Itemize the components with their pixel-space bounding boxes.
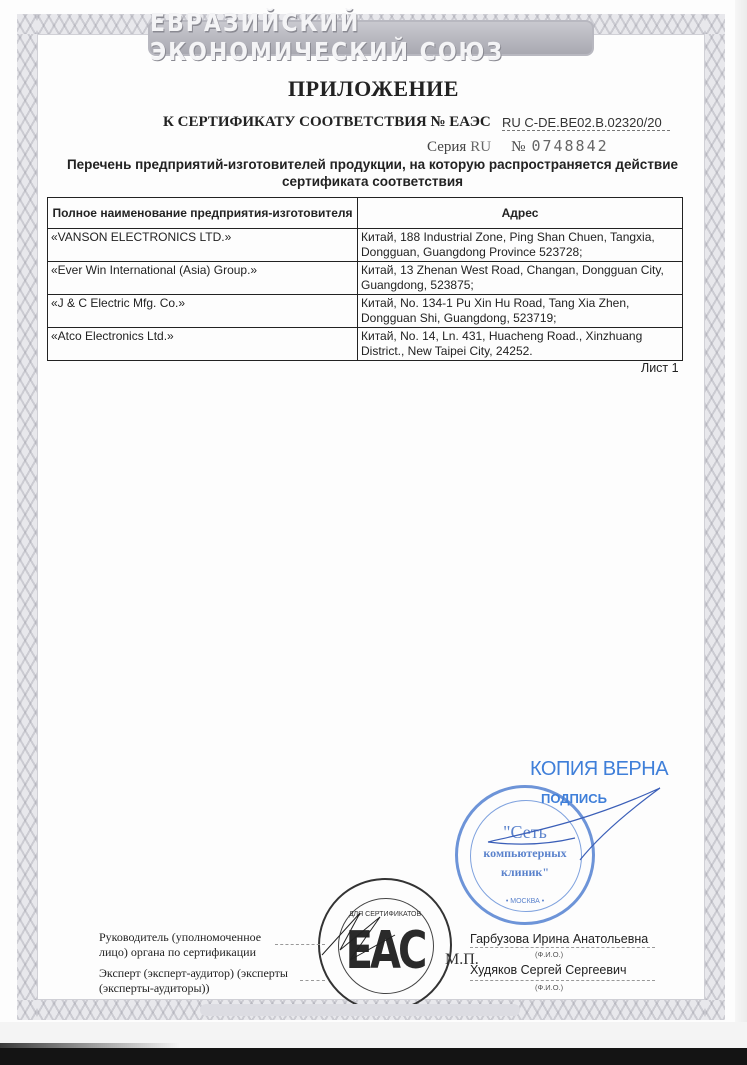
seal-city: • МОСКВА •: [458, 898, 592, 905]
manufacturer-name: «Atco Electronics Ltd.»: [48, 328, 358, 361]
table-row: «VANSON ELECTRONICS LTD.» Китай, 188 Ind…: [48, 229, 683, 262]
series-label: Серия: [427, 139, 466, 155]
signature-line: [300, 980, 325, 981]
certificate-number: RU C-DE.BE02.B.02320/20: [502, 115, 670, 131]
banner-text: ЕВРАЗИЙСКИЙ ЭКОНОМИЧЕСКИЙ СОЮЗ: [150, 9, 592, 67]
printer-imprint: [200, 1004, 520, 1016]
column-header-address: Адрес: [358, 198, 683, 229]
manufacturer-address: Китай, 13 Zhenan West Road, Changan, Don…: [358, 262, 683, 295]
table-row: «Ever Win International (Asia) Group.» К…: [48, 262, 683, 295]
manufacturers-table: Полное наименование предприятия-изготови…: [47, 197, 683, 361]
black-signature-icon: [320, 905, 400, 975]
manufacturer-name: «J & C Electric Mfg. Co.»: [48, 295, 358, 328]
manufacturer-name: «Ever Win International (Asia) Group.»: [48, 262, 358, 295]
certificate-prefix: К СЕРТИФИКАТУ СООТВЕТСТВИЯ № ЕАЭС: [163, 114, 491, 131]
scan-bottom-bar: [0, 1048, 747, 1065]
fio-label: (Ф.И.О.): [535, 950, 563, 959]
head-name: Гарбузова Ирина Анатольевна: [470, 932, 648, 946]
manufacturer-address: Китай, No. 14, Ln. 431, Huacheng Road., …: [358, 328, 683, 361]
table-row: «J & C Electric Mfg. Co.» Китай, No. 134…: [48, 295, 683, 328]
copy-certified-stamp: КОПИЯ ВЕРНА: [530, 758, 668, 781]
column-header-name: Полное наименование предприятия-изготови…: [48, 198, 358, 229]
manufacturer-address: Китай, No. 134-1 Pu Xin Hu Road, Tang Xi…: [358, 295, 683, 328]
expert-label: Эксперт (эксперт-аудитор) (эксперты (экс…: [99, 966, 299, 996]
list-title: Перечень предприятий-изготовителей проду…: [40, 156, 705, 190]
name-line: [470, 980, 655, 981]
form-number: 0748842: [531, 137, 608, 155]
page-edge-shadow: [735, 0, 747, 1045]
name-line: [470, 947, 655, 948]
head-label: Руководитель (уполномоченное лицо) орган…: [99, 930, 279, 960]
series-line: СерияRU№0748842: [427, 137, 609, 156]
table-row: «Atco Electronics Ltd.» Китай, No. 14, L…: [48, 328, 683, 361]
eaeu-banner: ЕВРАЗИЙСКИЙ ЭКОНОМИЧЕСКИЙ СОЮЗ: [148, 20, 594, 56]
manufacturer-name: «VANSON ELECTRONICS LTD.»: [48, 229, 358, 262]
page-title: ПРИЛОЖЕНИЕ: [0, 76, 747, 102]
signature-line: [275, 944, 325, 945]
table-header-row: Полное наименование предприятия-изготови…: [48, 198, 683, 229]
blue-signature-icon: [480, 780, 670, 870]
expert-name: Худяков Сергей Сергеевич: [470, 963, 627, 977]
manufacturer-address: Китай, 188 Industrial Zone, Ping Shan Ch…: [358, 229, 683, 262]
fio-label: (Ф.И.О.): [535, 983, 563, 992]
sheet-number: Лист 1: [641, 361, 679, 375]
series-value: RU: [470, 139, 491, 155]
number-label: №: [511, 139, 525, 155]
